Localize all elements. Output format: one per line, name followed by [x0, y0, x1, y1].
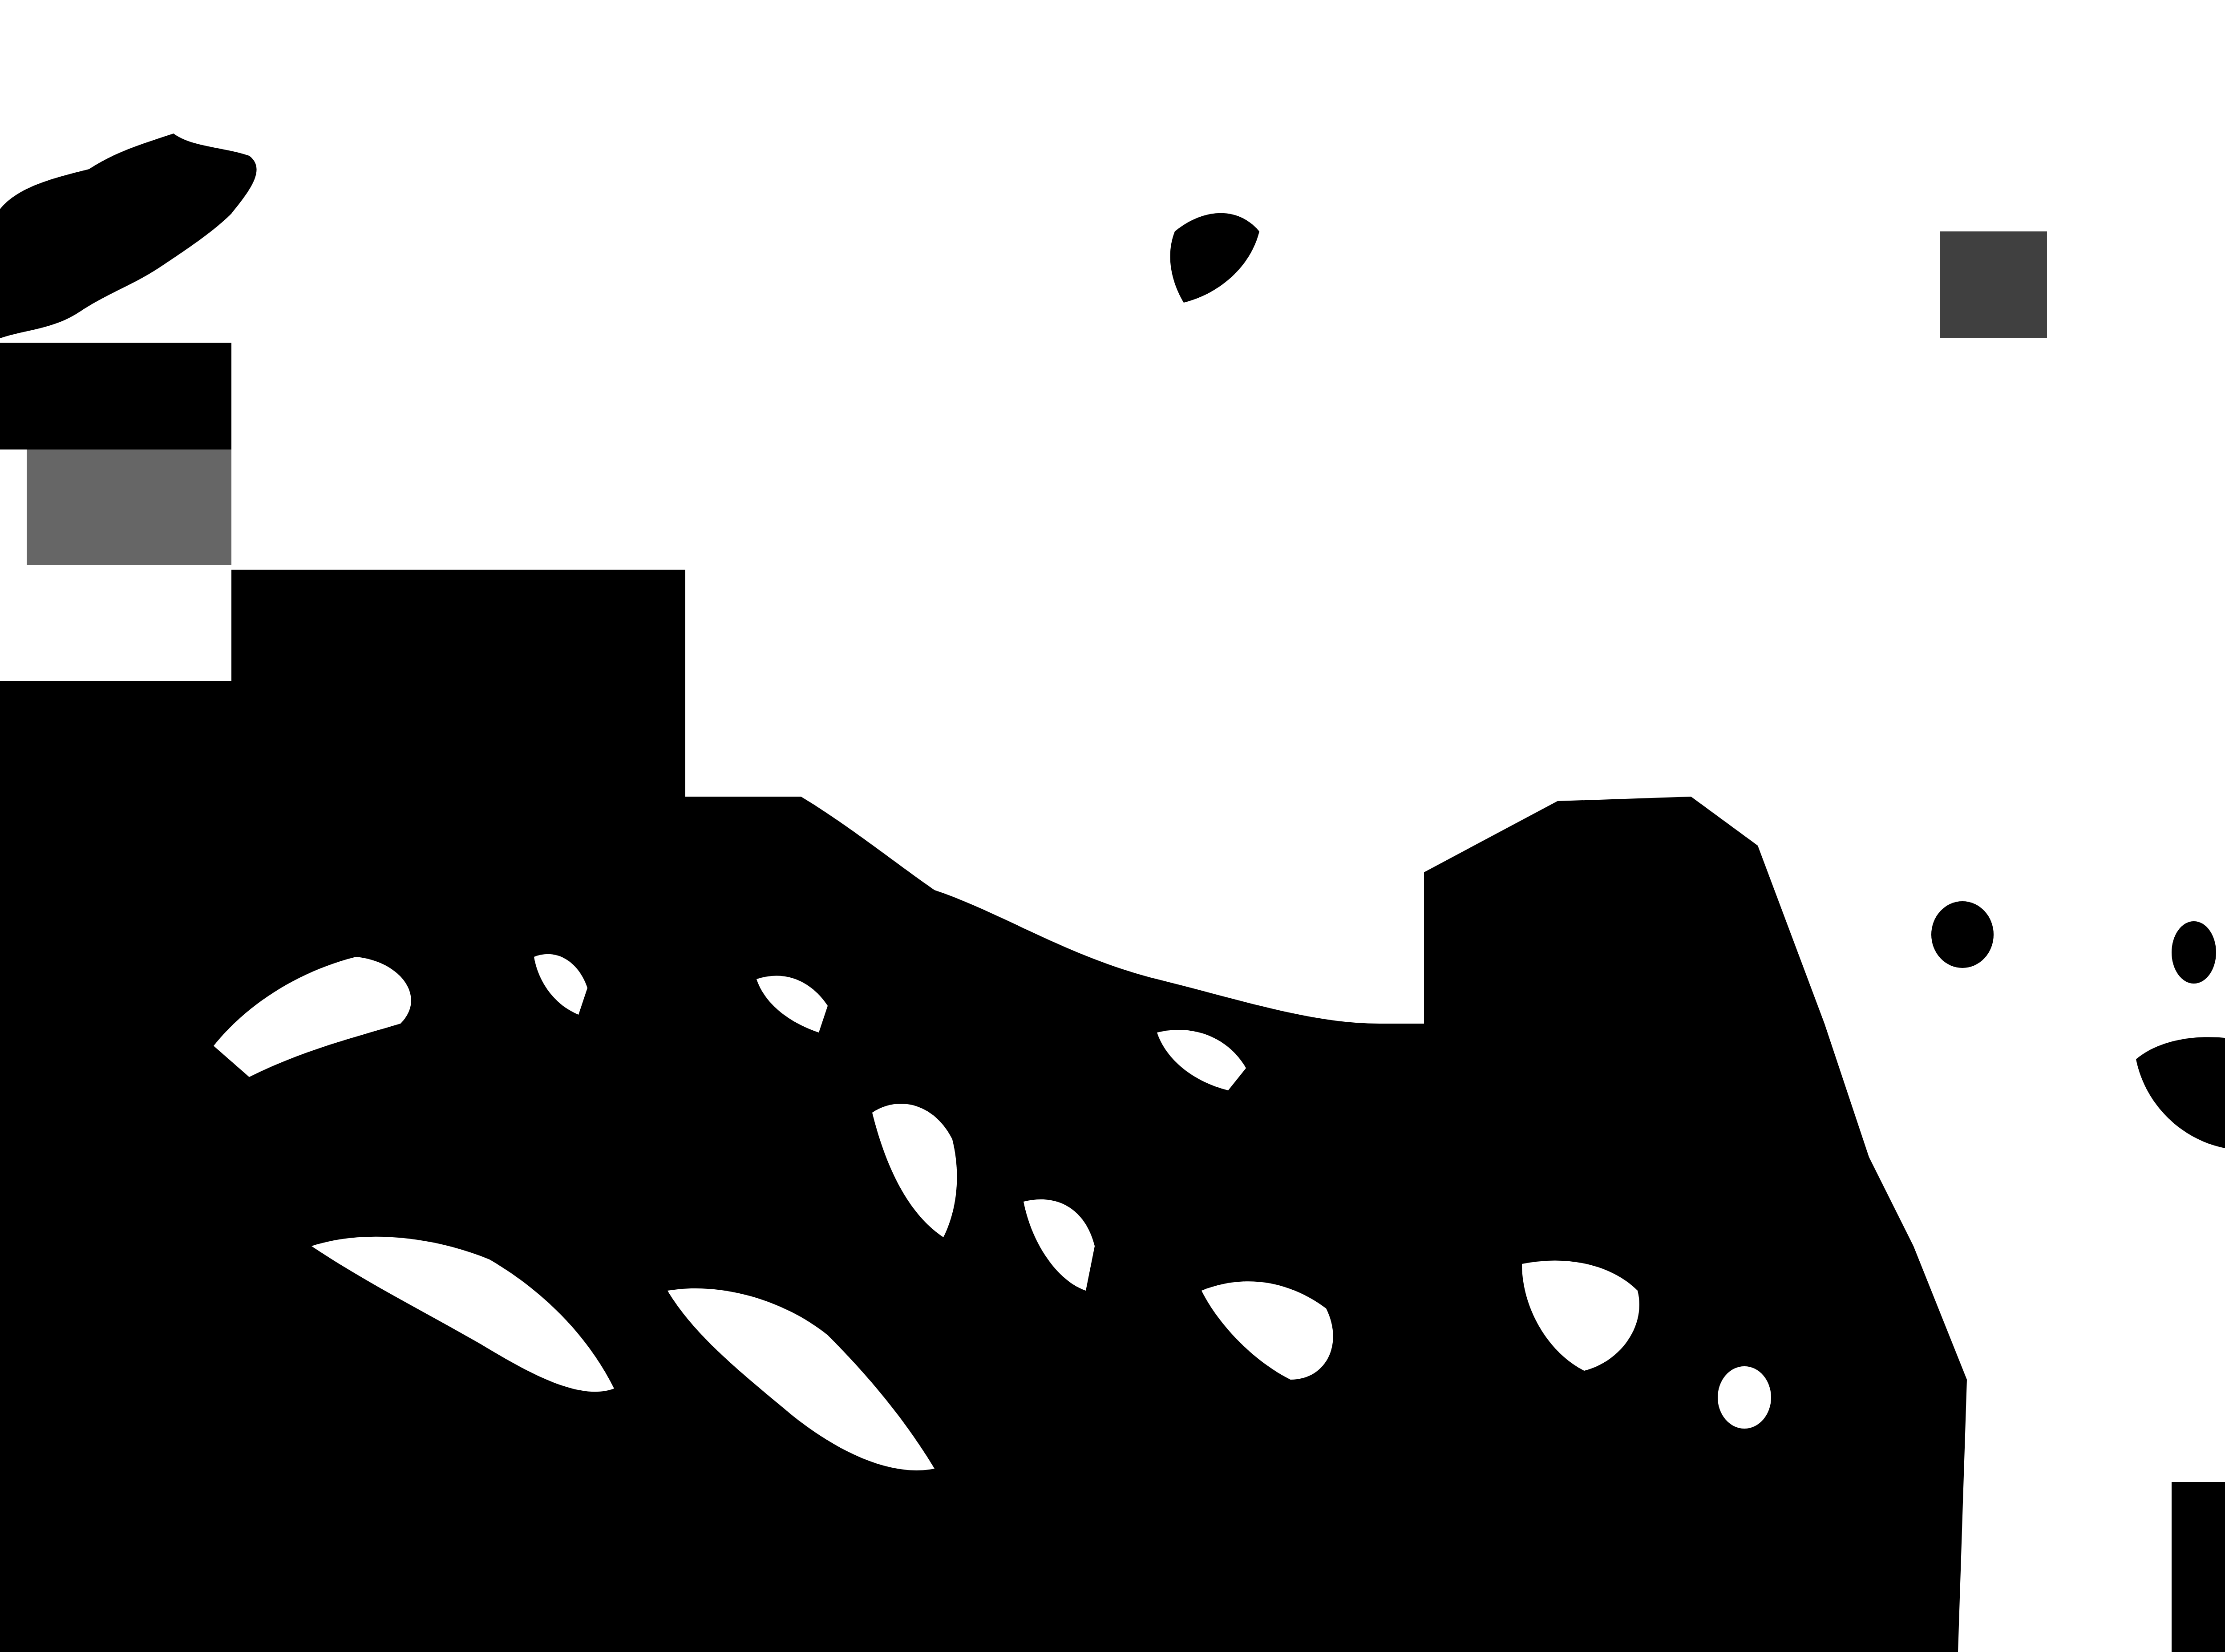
thresholded-photo [0, 0, 2225, 1652]
